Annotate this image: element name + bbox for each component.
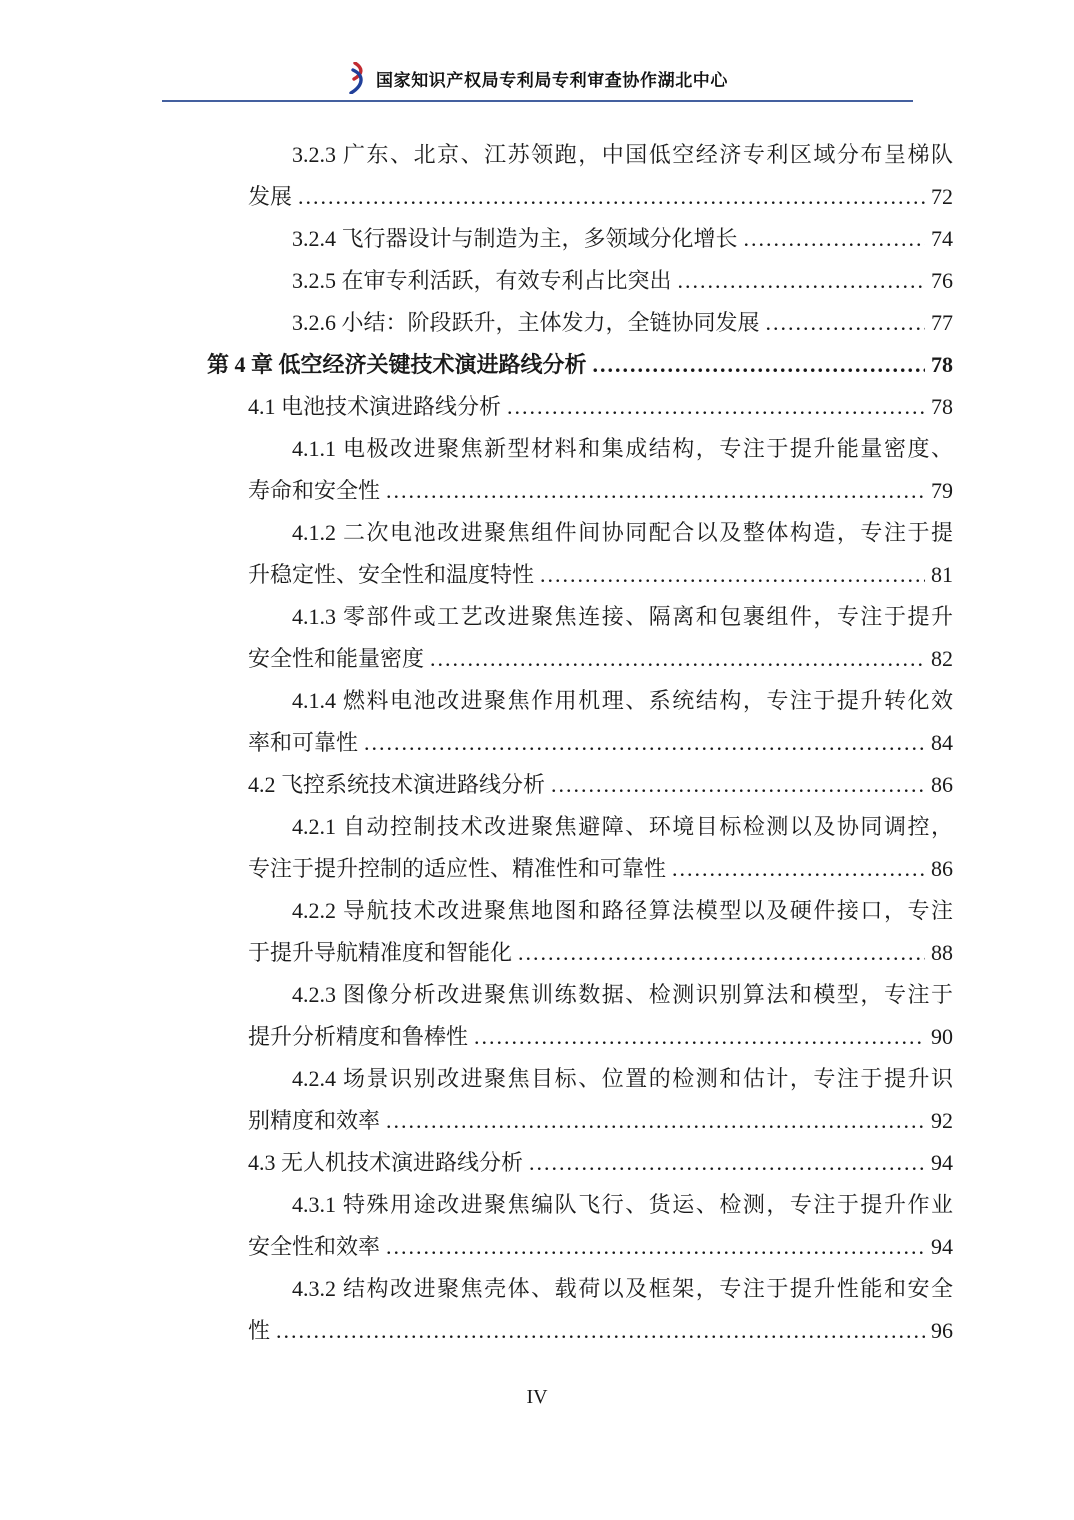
toc-entry-text: 4.1.3 零部件或工艺改进聚焦连接、隔离和包裹组件，专注于提升 [292,596,953,638]
toc-entry-text: 4.2 飞控系统技术演进路线分析 [248,764,545,806]
toc-entry-text: 专注于提升控制的适应性、精准性和可靠性 [248,848,666,890]
toc-entry-text: 4.3 无人机技术演进路线分析 [248,1142,523,1184]
toc-entry-text: 率和可靠性 [248,722,358,764]
toc-entry-line[interactable]: 4.2.3 图像分析改进聚焦训练数据、检测识别算法和模型，专注于 [292,974,953,1016]
toc-entry-text: 发展 [248,176,292,218]
dot-leader [386,470,925,512]
toc-entry-text: 性 [248,1310,270,1352]
toc-entry-text: 4.1 电池技术演进路线分析 [248,386,501,428]
dot-leader [672,848,925,890]
dot-leader [430,638,925,680]
toc-entry-line[interactable]: 4.1.3 零部件或工艺改进聚焦连接、隔离和包裹组件，专注于提升 [292,596,953,638]
toc-entry-text: 4.3.1 特殊用途改进聚焦编队飞行、货运、检测，专注于提升作业 [292,1184,953,1226]
toc-page-number: 78 [931,386,953,428]
toc-entry-line[interactable]: 4.2.2 导航技术改进聚焦地图和路径算法模型以及硬件接口，专注 [292,890,953,932]
dot-leader [298,176,925,218]
toc-entry-line[interactable]: 3.2.6 小结：阶段跃升，主体发力，全链协同发展77 [292,302,953,344]
toc-entry-line[interactable]: 3.2.3 广东、北京、江苏领跑，中国低空经济专利区域分布呈梯队 [292,134,953,176]
toc-entry-text: 4.1.1 电极改进聚焦新型材料和集成结构，专注于提升能量密度、 [292,428,953,470]
toc: 3.2.3 广东、北京、江苏领跑，中国低空经济专利区域分布呈梯队发展723.2.… [0,134,1074,1352]
header-rule [162,100,913,102]
dot-leader [386,1100,925,1142]
dot-leader [386,1226,925,1268]
toc-entry-line[interactable]: 于提升导航精准度和智能化88 [248,932,953,974]
toc-entry-text: 3.2.4 飞行器设计与制造为主，多领域分化增长 [292,218,738,260]
dot-leader [551,764,925,806]
dot-leader [276,1310,925,1352]
toc-entry-line[interactable]: 3.2.4 飞行器设计与制造为主，多领域分化增长74 [292,218,953,260]
dot-leader [529,1142,925,1184]
toc-page-number: 79 [931,470,953,512]
toc-entry-text: 3.2.5 在审专利活跃，有效专利占比突出 [292,260,672,302]
toc-entry-line[interactable]: 别精度和效率92 [248,1100,953,1142]
toc-entry-text: 4.3.2 结构改进聚焦壳体、载荷以及框架，专注于提升性能和安全 [292,1268,953,1310]
org-swoosh-logo-icon [346,62,367,94]
toc-entry-line[interactable]: 专注于提升控制的适应性、精准性和可靠性86 [248,848,953,890]
document-page: 国家知识产权局专利局专利审查协作湖北中心 3.2.3 广东、北京、江苏领跑，中国… [0,0,1074,1520]
toc-page-number: 72 [931,176,953,218]
toc-page-number: 74 [931,218,953,260]
toc-page-number: 90 [931,1016,953,1058]
toc-entry-line[interactable]: 率和可靠性84 [248,722,953,764]
toc-entry-line[interactable]: 4.1.2 二次电池改进聚焦组件间协同配合以及整体构造，专注于提 [292,512,953,554]
toc-page-number: 77 [931,302,953,344]
footer-page-number: IV [0,1386,1074,1409]
toc-page-number: 84 [931,722,953,764]
toc-entry-text: 3.2.3 广东、北京、江苏领跑，中国低空经济专利区域分布呈梯队 [292,134,953,176]
toc-entry-text: 4.1.4 燃料电池改进聚焦作用机理、系统结构，专注于提升转化效 [292,680,953,722]
toc-page-number: 94 [931,1226,953,1268]
toc-entry-line[interactable]: 4.3.2 结构改进聚焦壳体、载荷以及框架，专注于提升性能和安全 [292,1268,953,1310]
toc-entry-text: 4.1.2 二次电池改进聚焦组件间协同配合以及整体构造，专注于提 [292,512,953,554]
toc-entry-text: 4.2.4 场景识别改进聚焦目标、位置的检测和估计，专注于提升识 [292,1058,953,1100]
dot-leader [518,932,925,974]
toc-entry-text: 4.2.1 自动控制技术改进聚焦避障、环境目标检测以及协同调控， [292,806,953,848]
dot-leader [744,218,925,260]
toc-entry-text: 3.2.6 小结：阶段跃升，主体发力，全链协同发展 [292,302,760,344]
toc-page-number: 76 [931,260,953,302]
toc-page-number: 78 [931,344,953,386]
toc-entry-text: 第 4 章 低空经济关键技术演进路线分析 [207,344,587,386]
toc-entry-line[interactable]: 提升分析精度和鲁棒性90 [248,1016,953,1058]
toc-entry-text: 安全性和效率 [248,1226,380,1268]
toc-entry-text: 4.2.3 图像分析改进聚焦训练数据、检测识别算法和模型，专注于 [292,974,953,1016]
toc-entry-text: 于提升导航精准度和智能化 [248,932,512,974]
toc-page-number: 92 [931,1100,953,1142]
toc-entry-text: 4.2.2 导航技术改进聚焦地图和路径算法模型以及硬件接口，专注 [292,890,953,932]
toc-entry-line[interactable]: 4.3 无人机技术演进路线分析94 [248,1142,953,1184]
toc-entry-line[interactable]: 安全性和能量密度82 [248,638,953,680]
dot-leader [474,1016,925,1058]
toc-page-number: 86 [931,764,953,806]
toc-page-number: 88 [931,932,953,974]
toc-entry-line[interactable]: 4.1 电池技术演进路线分析78 [248,386,953,428]
toc-entry-line[interactable]: 3.2.5 在审专利活跃，有效专利占比突出76 [292,260,953,302]
toc-entry-line[interactable]: 4.1.4 燃料电池改进聚焦作用机理、系统结构，专注于提升转化效 [292,680,953,722]
page-header: 国家知识产权局专利局专利审查协作湖北中心 [0,62,1074,94]
toc-entry-line[interactable]: 寿命和安全性79 [248,470,953,512]
toc-entry-line[interactable]: 升稳定性、安全性和温度特性81 [248,554,953,596]
toc-page-number: 81 [931,554,953,596]
toc-page-number: 94 [931,1142,953,1184]
toc-entry-line[interactable]: 4.2.4 场景识别改进聚焦目标、位置的检测和估计，专注于提升识 [292,1058,953,1100]
toc-entry-line[interactable]: 4.2 飞控系统技术演进路线分析86 [248,764,953,806]
toc-entry-text: 别精度和效率 [248,1100,380,1142]
toc-entry-line[interactable]: 4.3.1 特殊用途改进聚焦编队飞行、货运、检测，专注于提升作业 [292,1184,953,1226]
dot-leader [678,260,925,302]
dot-leader [507,386,925,428]
toc-entry-text: 升稳定性、安全性和温度特性 [248,554,534,596]
toc-entry-text: 提升分析精度和鲁棒性 [248,1016,468,1058]
toc-entry-line[interactable]: 第 4 章 低空经济关键技术演进路线分析78 [207,344,953,386]
toc-entry-line[interactable]: 4.1.1 电极改进聚焦新型材料和集成结构，专注于提升能量密度、 [292,428,953,470]
toc-entry-line[interactable]: 发展72 [248,176,953,218]
dot-leader [593,344,925,386]
toc-page-number: 82 [931,638,953,680]
toc-page-number: 86 [931,848,953,890]
toc-entry-line[interactable]: 安全性和效率94 [248,1226,953,1268]
dot-leader [364,722,925,764]
toc-entry-text: 寿命和安全性 [248,470,380,512]
toc-entry-text: 安全性和能量密度 [248,638,424,680]
toc-entry-line[interactable]: 4.2.1 自动控制技术改进聚焦避障、环境目标检测以及协同调控， [292,806,953,848]
dot-leader [766,302,925,344]
toc-entry-line[interactable]: 性96 [248,1310,953,1352]
dot-leader [540,554,925,596]
header-org-name: 国家知识产权局专利局专利审查协作湖北中心 [376,66,728,91]
toc-page-number: 96 [931,1310,953,1352]
